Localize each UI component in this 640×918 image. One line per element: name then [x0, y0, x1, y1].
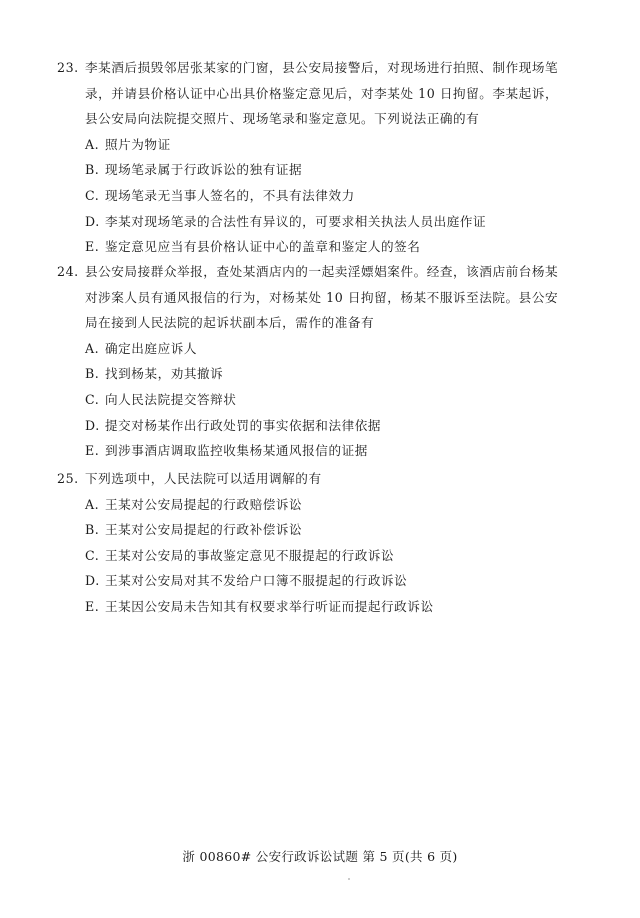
- option-text: 现场笔录属于行政诉讼的独有证据: [105, 157, 302, 183]
- option-letter: D.: [85, 209, 100, 235]
- page-footer: 浙 00860# 公安行政诉讼试题 第 5 页(共 6 页): [0, 846, 640, 868]
- option-d: D. 提交对杨某作出行政处罚的事实依据和法律依据: [57, 413, 577, 439]
- option-b: B. 找到杨某，劝其撤诉: [57, 361, 577, 387]
- option-text: 王某对公安局提起的行政赔偿诉讼: [105, 492, 302, 518]
- option-text: 王某对公安局对其不发给户口簿不服提起的行政诉讼: [105, 568, 407, 594]
- option-c: C. 王某对公安局的事故鉴定意见不服提起的行政诉讼: [57, 543, 577, 569]
- question-stem-line: 23. 李某酒后损毁邻居张某家的门窗，县公安局接警后，对现场进行拍照、制作现场笔: [57, 55, 577, 81]
- option-b: B. 现场笔录属于行政诉讼的独有证据: [57, 157, 577, 183]
- exam-page: 23. 李某酒后损毁邻居张某家的门窗，县公安局接警后，对现场进行拍照、制作现场笔…: [0, 0, 640, 918]
- option-letter: A.: [85, 336, 99, 362]
- question-stem-line: 对涉案人员有通风报信的行为，对杨某处 10 日拘留，杨某不服诉至法院。县公安: [57, 285, 577, 311]
- question-number: 25.: [57, 466, 79, 492]
- option-d: D. 李某对现场笔录的合法性有异议的，可要求相关执法人员出庭作证: [57, 209, 577, 235]
- option-c: C. 向人民法院提交答辩状: [57, 387, 577, 413]
- question-number: 23.: [57, 55, 79, 81]
- option-b: B. 王某对公安局提起的行政补偿诉讼: [57, 517, 577, 543]
- question-stem-line: 24. 县公安局接群众举报，查处某酒店内的一起卖淫嫖娼案件。经查，该酒店前台杨某: [57, 259, 577, 285]
- option-letter: D.: [85, 413, 100, 439]
- option-text: 王某对公安局的事故鉴定意见不服提起的行政诉讼: [105, 543, 394, 569]
- question-stem-text: 对涉案人员有通风报信的行为，对杨某处 10 日拘留，杨某不服诉至法院。县公安: [85, 285, 558, 311]
- question-number: 24.: [57, 259, 79, 285]
- option-e: E. 到涉事酒店调取监控收集杨某通风报信的证据: [57, 438, 577, 464]
- option-letter: B.: [85, 361, 99, 387]
- option-letter: E.: [85, 438, 99, 464]
- option-letter: E.: [85, 234, 99, 260]
- option-letter: A.: [85, 492, 99, 518]
- option-text: 向人民法院提交答辩状: [105, 387, 236, 413]
- option-e: E. 王某因公安局未告知其有权要求举行听证而提起行政诉讼: [57, 594, 577, 620]
- question-stem-text: 县公安局接群众举报，查处某酒店内的一起卖淫嫖娼案件。经查，该酒店前台杨某: [85, 259, 558, 285]
- option-letter: C.: [85, 183, 99, 209]
- question-stem-line: 25. 下列选项中，人民法院可以适用调解的有: [57, 466, 577, 492]
- option-letter: B.: [85, 157, 99, 183]
- option-a: A. 确定出庭应诉人: [57, 336, 577, 362]
- option-letter: B.: [85, 517, 99, 543]
- option-letter: D.: [85, 568, 100, 594]
- option-a: A. 照片为物证: [57, 132, 577, 158]
- option-text: 王某因公安局未告知其有权要求举行听证而提起行政诉讼: [105, 594, 434, 620]
- option-d: D. 王某对公安局对其不发给户口簿不服提起的行政诉讼: [57, 568, 577, 594]
- option-a: A. 王某对公安局提起的行政赔偿诉讼: [57, 492, 577, 518]
- question-25: 25. 下列选项中，人民法院可以适用调解的有 A. 王某对公安局提起的行政赔偿诉…: [57, 466, 577, 620]
- option-text: 提交对杨某作出行政处罚的事实依据和法律依据: [105, 413, 381, 439]
- option-letter: C.: [85, 387, 99, 413]
- option-text: 王某对公安局提起的行政补偿诉讼: [105, 517, 302, 543]
- option-letter: E.: [85, 594, 99, 620]
- option-text: 找到杨某，劝其撤诉: [105, 361, 223, 387]
- question-stem-text: 县公安局向法院提交照片、现场笔录和鉴定意见。下列说法正确的有: [85, 106, 479, 132]
- scan-speck: [348, 878, 350, 880]
- question-24: 24. 县公安局接群众举报，查处某酒店内的一起卖淫嫖娼案件。经查，该酒店前台杨某…: [57, 259, 577, 464]
- question-stem-text: 李某酒后损毁邻居张某家的门窗，县公安局接警后，对现场进行拍照、制作现场笔: [85, 55, 558, 81]
- option-c: C. 现场笔录无当事人签名的，不具有法律效力: [57, 183, 577, 209]
- question-stem-line: 局在接到人民法院的起诉状副本后，需作的准备有: [57, 310, 577, 336]
- option-text: 鉴定意见应当有县价格认证中心的盖章和鉴定人的签名: [105, 234, 420, 260]
- option-e: E. 鉴定意见应当有县价格认证中心的盖章和鉴定人的签名: [57, 234, 577, 260]
- option-text: 确定出庭应诉人: [105, 336, 197, 362]
- question-stem-text: 局在接到人民法院的起诉状副本后，需作的准备有: [85, 310, 374, 336]
- question-stem-text: 录，并请县价格认证中心出具价格鉴定意见后，对李某处 10 日拘留。李某起诉，: [85, 81, 558, 107]
- option-letter: C.: [85, 543, 99, 569]
- question-23: 23. 李某酒后损毁邻居张某家的门窗，县公安局接警后，对现场进行拍照、制作现场笔…: [57, 55, 577, 260]
- question-stem-line: 县公安局向法院提交照片、现场笔录和鉴定意见。下列说法正确的有: [57, 106, 577, 132]
- option-letter: A.: [85, 132, 99, 158]
- option-text: 李某对现场笔录的合法性有异议的，可要求相关执法人员出庭作证: [105, 209, 486, 235]
- option-text: 照片为物证: [105, 132, 171, 158]
- question-stem-text: 下列选项中，人民法院可以适用调解的有: [85, 466, 322, 492]
- question-stem-line: 录，并请县价格认证中心出具价格鉴定意见后，对李某处 10 日拘留。李某起诉，: [57, 81, 577, 107]
- option-text: 现场笔录无当事人签名的，不具有法律效力: [105, 183, 355, 209]
- option-text: 到涉事酒店调取监控收集杨某通风报信的证据: [105, 438, 368, 464]
